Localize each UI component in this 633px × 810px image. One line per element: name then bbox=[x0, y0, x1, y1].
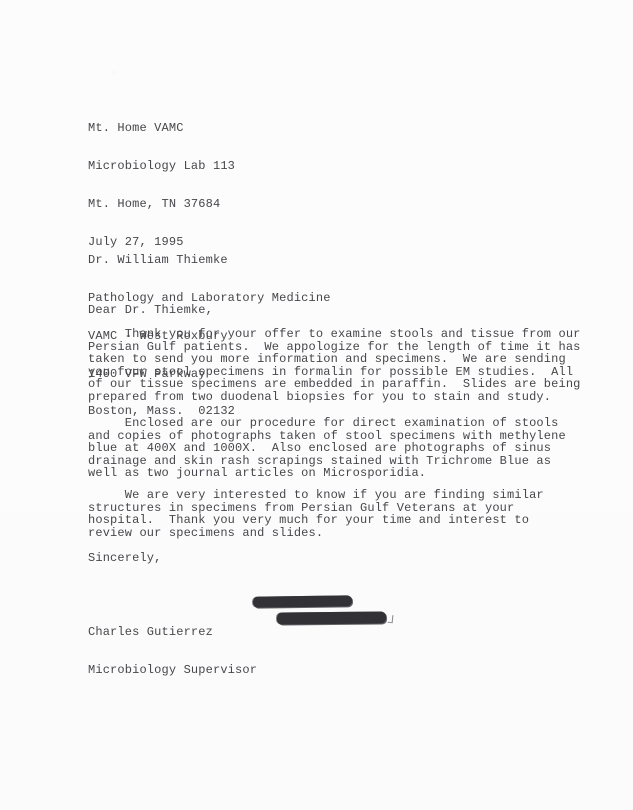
signature-title: Microbiology Supervisor bbox=[88, 664, 257, 677]
recipient-name: Dr. William Thiemke bbox=[88, 254, 331, 267]
body-paragraph-2: Enclosed are our procedure for direct ex… bbox=[88, 417, 566, 480]
letter-page: Mt. Home VAMC Microbiology Lab 113 Mt. H… bbox=[0, 0, 633, 810]
signature-name: Charles Gutierrez bbox=[88, 626, 257, 639]
ink-remnant-mark bbox=[388, 615, 394, 623]
salutation: Dear Dr. Thiemke, bbox=[88, 304, 213, 317]
redaction-bar-title-contact bbox=[277, 611, 386, 624]
sender-lab: Microbiology Lab 113 bbox=[88, 160, 235, 173]
body-paragraph-1: Thank you for your offer to examine stoo… bbox=[88, 328, 581, 404]
redaction-bar-name-contact bbox=[253, 595, 352, 607]
sender-city-state-zip: Mt. Home, TN 37684 bbox=[88, 198, 235, 211]
signature-block: Charles Gutierrez Microbiology Superviso… bbox=[88, 601, 257, 702]
closing: Sincerely, bbox=[88, 552, 162, 565]
sender-org: Mt. Home VAMC bbox=[88, 122, 235, 135]
body-paragraph-3: We are very interested to know if you ar… bbox=[88, 489, 544, 539]
